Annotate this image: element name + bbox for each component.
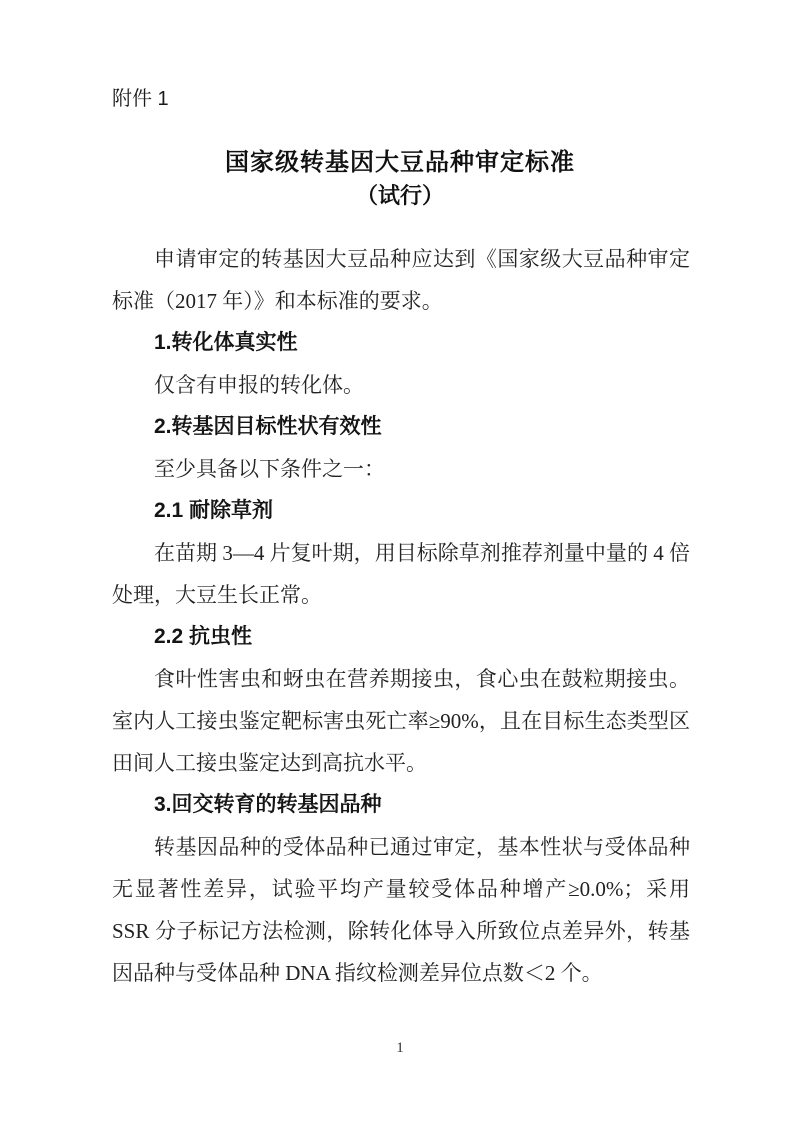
section-body-2-2: 食叶性害虫和蚜虫在营养期接虫，食心虫在鼓粒期接虫。室内人工接虫鉴定靶标害虫死亡率… — [112, 658, 690, 784]
document-title: 国家级转基因大豆品种审定标准 — [0, 146, 800, 180]
section-heading-3: 3.回交转育的转基因品种 — [112, 784, 690, 826]
section-body-2-1: 在苗期 3—4 片复叶期，用目标除草剂推荐剂量中量的 4 倍处理，大豆生长正常。 — [112, 532, 690, 616]
section-heading-1: 1.转化体真实性 — [112, 322, 690, 364]
document-subtitle: （试行） — [0, 180, 800, 212]
document-body: 申请审定的转基因大豆品种应达到《国家级大豆品种审定标准（2017 年）》和本标准… — [112, 238, 690, 994]
intro-paragraph: 申请审定的转基因大豆品种应达到《国家级大豆品种审定标准（2017 年）》和本标准… — [112, 238, 690, 322]
attachment-label: 附件 1 — [112, 0, 800, 113]
page-number: 1 — [0, 1040, 800, 1057]
section-heading-2: 2.转基因目标性状有效性 — [112, 406, 690, 448]
section-body-1: 仅含有申报的转化体。 — [112, 364, 690, 406]
section-body-3: 转基因品种的受体品种已通过审定，基本性状与受体品种无显著性差异，试验平均产量较受… — [112, 826, 690, 994]
section-body-2: 至少具备以下条件之一： — [112, 448, 690, 490]
document-page: 附件 1 国家级转基因大豆品种审定标准 （试行） 申请审定的转基因大豆品种应达到… — [0, 0, 800, 1131]
section-heading-2-1: 2.1 耐除草剂 — [112, 490, 690, 532]
section-heading-2-2: 2.2 抗虫性 — [112, 616, 690, 658]
